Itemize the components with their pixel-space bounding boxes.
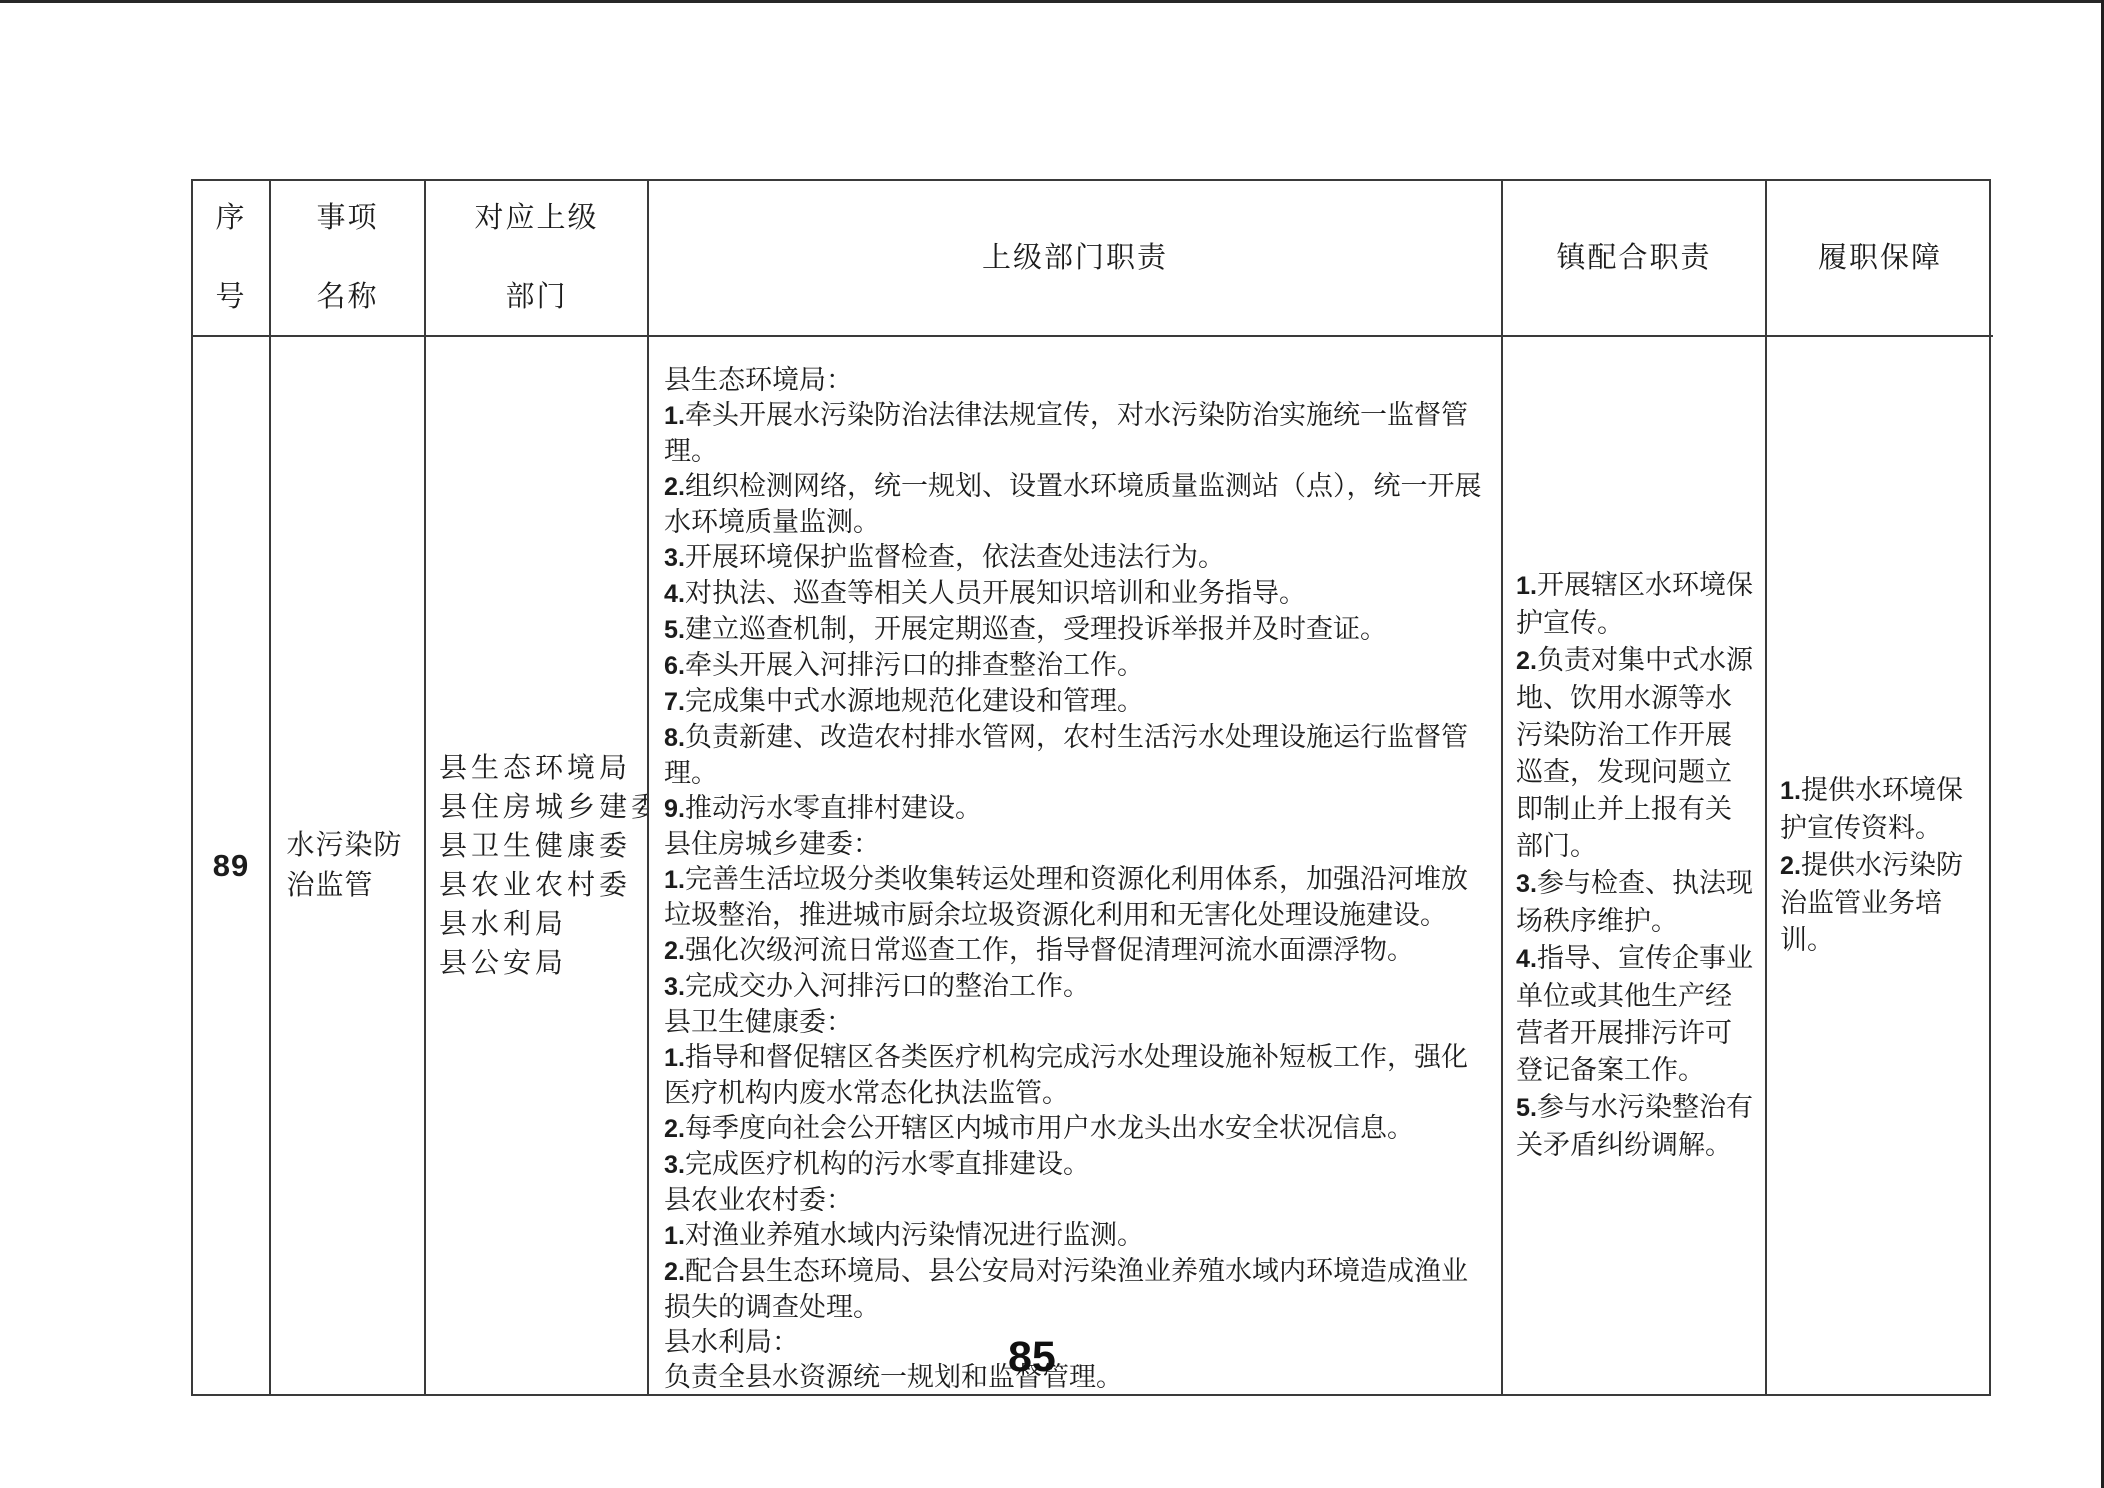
body-cell-superior-duties: 县生态环境局：1.牵头开展水污染防治法律法规宣传，对水污染防治实施统一监督管理。… [649, 337, 1503, 1394]
superior-department-list: 县生态环境局县住房城乡建委县卫生健康委县农业农村委县水利局县公安局 [426, 749, 647, 983]
body-cell-item-name: 水污染防治监管 [271, 337, 426, 1394]
item-text: 参与水污染整治有关矛盾纠纷调解。 [1516, 1092, 1753, 1160]
duty-item: 1.指导和督促辖区各类医疗机构完成污水处理设施补短板工作，强化医疗机构内废水常态… [664, 1040, 1489, 1111]
item-text: 强化次级河流日常巡查工作，指导督促清理河流水面漂浮物。 [685, 935, 1414, 965]
duty-item: 7.完成集中式水源地规范化建设和管理。 [664, 684, 1489, 720]
item-text: 推动污水零直排村建设。 [685, 793, 982, 823]
duty-item: 3.开展环境保护监督检查，依法查处违法行为。 [664, 540, 1489, 576]
document-page: { "page": { "number": "85" }, "table": {… [0, 0, 2104, 1488]
header-cell-town-duty: 镇配合职责 [1503, 181, 1767, 337]
duty-item: 3.完成交办入河排污口的整治工作。 [664, 969, 1489, 1005]
item-number: 2. [664, 1258, 685, 1286]
item-text: 负责新建、改造农村排水管网，农村生活污水处理设施运行监督管理。 [664, 722, 1468, 788]
text-line: 名称 [316, 283, 378, 312]
item-number: 3. [664, 1151, 685, 1179]
duty-item: 2.提供水污染防治监管业务培训。 [1780, 847, 1985, 959]
item-text: 完成交办入河排污口的整治工作。 [685, 971, 1090, 1001]
text-line: 县水利局 [439, 905, 647, 944]
item-number: 9. [664, 795, 685, 823]
item-number: 4. [1516, 945, 1537, 973]
body-cell-guarantees: 1.提供水环境保护宣传资料。2.提供水污染防治监管业务培训。 [1767, 337, 1993, 1394]
department-heading: 县住房城乡建委： [664, 827, 1489, 862]
item-number: 3. [1516, 870, 1537, 898]
item-text: 开展辖区水环境保护宣传。 [1516, 570, 1753, 638]
body-cell-town-duties: 1.开展辖区水环境保护宣传。2.负责对集中式水源地、饮用水源等水污染防治工作开展… [1503, 337, 1767, 1394]
item-text: 指导、宣传企事业单位或其他生产经营者开展排污许可登记备案工作。 [1516, 943, 1753, 1085]
header-cell-guarantee: 履职保障 [1767, 181, 1993, 337]
item-text: 开展环境保护监督检查，依法查处违法行为。 [685, 542, 1225, 572]
duty-item: 6.牵头开展入河排污口的排查整治工作。 [664, 648, 1489, 684]
item-text: 完善生活垃圾分类收集转运处理和资源化利用体系，加强沿河堆放垃圾整治，推进城市厨余… [664, 864, 1468, 930]
item-number: 2. [664, 473, 685, 501]
item-number: 2. [1780, 852, 1801, 880]
item-number: 1. [1516, 572, 1537, 600]
duty-item: 3.完成医疗机构的污水零直排建设。 [664, 1147, 1489, 1183]
item-text: 负责对集中式水源地、饮用水源等水污染防治工作开展巡查，发现问题立即制止并上报有关… [1516, 645, 1753, 861]
duty-item: 5.建立巡查机制，开展定期巡查，受理投诉举报并及时查证。 [664, 612, 1489, 648]
item-number: 5. [1516, 1094, 1537, 1122]
item-number: 1. [1780, 777, 1801, 805]
duty-item: 1.对渔业养殖水域内污染情况进行监测。 [664, 1218, 1489, 1254]
duty-item: 1.开展辖区水环境保护宣传。 [1516, 567, 1755, 642]
item-text: 提供水环境保护宣传资料。 [1780, 775, 1963, 843]
item-number: 4. [664, 580, 685, 608]
text-line: 履职保障 [1818, 244, 1942, 273]
duty-item: 8.负责新建、改造农村排水管网，农村生活污水处理设施运行监督管理。 [664, 720, 1489, 791]
item-number: 3. [664, 544, 685, 572]
text-line: 县公安局 [439, 944, 647, 983]
item-text: 配合县生态环境局、县公安局对污染渔业养殖水域内环境造成渔业损失的调查处理。 [664, 1256, 1468, 1322]
text-line: 部门 [505, 283, 567, 312]
header-cell-item-name: 事项名称 [271, 181, 426, 337]
duty-item: 9.推动污水零直排村建设。 [664, 791, 1489, 827]
header-cell-superior-dept: 对应上级部门 [426, 181, 649, 337]
item-text: 提供水污染防治监管业务培训。 [1780, 850, 1963, 955]
item-number: 8. [664, 724, 685, 752]
department-heading: 县农业农村委： [664, 1183, 1489, 1218]
page-top-edge [0, 0, 2104, 3]
item-text: 建立巡查机制，开展定期巡查，受理投诉举报并及时查证。 [685, 614, 1387, 644]
item-number: 2. [664, 937, 685, 965]
text-line: 上级部门职责 [982, 244, 1168, 273]
text-line: 县住房城乡建委 [439, 788, 647, 827]
duty-item: 5.参与水污染整治有关矛盾纠纷调解。 [1516, 1089, 1755, 1164]
duty-item: 负责全县水资源统一规划和监督管理。 [664, 1360, 1489, 1394]
duty-item: 1.完善生活垃圾分类收集转运处理和资源化利用体系，加强沿河堆放垃圾整治，推进城市… [664, 862, 1489, 933]
text-line: 序 [215, 204, 246, 233]
text-line: 县卫生健康委 [439, 827, 647, 866]
header-cell-seq: 序号 [193, 181, 271, 337]
department-heading: 县生态环境局： [664, 363, 1489, 398]
text-line: 县生态环境局 [439, 749, 647, 788]
item-number: 2. [1516, 647, 1537, 675]
item-number: 1. [664, 866, 685, 894]
duty-item: 2.配合县生态环境局、县公安局对污染渔业养殖水域内环境造成渔业损失的调查处理。 [664, 1254, 1489, 1325]
item-text: 牵头开展水污染防治法律法规宣传，对水污染防治实施统一监督管理。 [664, 400, 1468, 466]
item-number: 5. [664, 616, 685, 644]
item-text: 对渔业养殖水域内污染情况进行监测。 [685, 1220, 1144, 1250]
guarantees-text: 1.提供水环境保护宣传资料。2.提供水污染防治监管业务培训。 [1767, 772, 1993, 959]
department-heading: 县卫生健康委： [664, 1005, 1489, 1040]
item-text: 完成集中式水源地规范化建设和管理。 [685, 686, 1144, 716]
item-number: 7. [664, 688, 685, 716]
text-line: 号 [215, 283, 246, 312]
page-number: 85 [1008, 1336, 1056, 1379]
body-cell-superior-departments: 县生态环境局县住房城乡建委县卫生健康委县农业农村委县水利局县公安局 [426, 337, 649, 1394]
item-number: 3. [664, 973, 685, 1001]
item-text: 指导和督促辖区各类医疗机构完成污水处理设施补短板工作，强化医疗机构内废水常态化执… [664, 1042, 1468, 1108]
duty-item: 1.提供水环境保护宣传资料。 [1780, 772, 1985, 847]
duty-item: 2.每季度向社会公开辖区内城市用户水龙头出水安全状况信息。 [664, 1111, 1489, 1147]
item-text: 每季度向社会公开辖区内城市用户水龙头出水安全状况信息。 [685, 1113, 1414, 1143]
superior-duties-text: 县生态环境局：1.牵头开展水污染防治法律法规宣传，对水污染防治实施统一监督管理。… [649, 337, 1501, 1394]
text-line: 对应上级 [474, 204, 598, 233]
item-text: 对执法、巡查等相关人员开展知识培训和业务指导。 [685, 578, 1306, 608]
item-text: 完成医疗机构的污水零直排建设。 [685, 1149, 1090, 1179]
duty-item: 2.负责对集中式水源地、饮用水源等水污染防治工作开展巡查，发现问题立即制止并上报… [1516, 642, 1755, 865]
duty-item: 2.强化次级河流日常巡查工作，指导督促清理河流水面漂浮物。 [664, 933, 1489, 969]
body-cell-seq: 89 [193, 337, 271, 1394]
item-number: 2. [664, 1115, 685, 1143]
item-text: 参与检查、执法现场秩序维护。 [1516, 868, 1753, 936]
item-number: 6. [664, 652, 685, 680]
duty-item: 4.对执法、巡查等相关人员开展知识培训和业务指导。 [664, 576, 1489, 612]
item-number: 1. [664, 1044, 685, 1072]
duty-item: 4.指导、宣传企事业单位或其他生产经营者开展排污许可登记备案工作。 [1516, 940, 1755, 1089]
item-number: 1. [664, 1222, 685, 1250]
responsibility-table: 序号 事项名称 对应上级部门 上级部门职责 镇配合职责 履职保障 89 水污染防… [191, 179, 1991, 1396]
town-duties-text: 1.开展辖区水环境保护宣传。2.负责对集中式水源地、饮用水源等水污染防治工作开展… [1503, 567, 1765, 1164]
duty-item: 1.牵头开展水污染防治法律法规宣传，对水污染防治实施统一监督管理。 [664, 398, 1489, 469]
sequence-number: 89 [213, 848, 249, 884]
item-name: 水污染防治监管 [287, 826, 409, 906]
item-text: 牵头开展入河排污口的排查整治工作。 [685, 650, 1144, 680]
item-text: 组织检测网络，统一规划、设置水环境质量监测站（点），统一开展水环境质量监测。 [664, 471, 1481, 537]
duty-item: 2.组织检测网络，统一规划、设置水环境质量监测站（点），统一开展水环境质量监测。 [664, 469, 1489, 540]
text-line: 镇配合职责 [1556, 244, 1711, 273]
item-number: 1. [664, 402, 685, 430]
header-cell-superior-duty: 上级部门职责 [649, 181, 1503, 337]
text-line: 事项 [316, 204, 378, 233]
department-heading: 县水利局： [664, 1325, 1489, 1360]
duty-item: 3.参与检查、执法现场秩序维护。 [1516, 865, 1755, 940]
text-line: 县农业农村委 [439, 866, 647, 905]
